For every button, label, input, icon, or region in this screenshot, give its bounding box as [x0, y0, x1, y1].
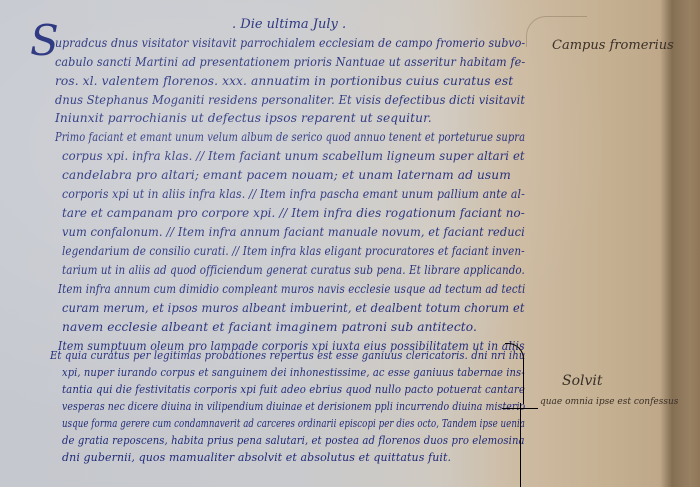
text-line: Primo faciant et emant unum velum album …	[55, 130, 525, 144]
text-line: Iniunxit parrochianis ut defectus ipsos …	[55, 111, 432, 125]
text-line: vum confalonum. // Item infra annum faci…	[62, 225, 525, 239]
margin-note-confession: quae omnia ipse est confessus	[540, 397, 678, 407]
text-line: de gratia reposcens, habita prius pena s…	[62, 434, 525, 447]
text-line: navem ecclesie albeant et faciant imagin…	[62, 320, 477, 334]
text-line: legendarium de consilio curati. // Item …	[62, 244, 525, 258]
text-line: Et quia curatus per legitimas probatione…	[50, 349, 525, 362]
text-line: upradcus dnus visitator visitavit parroc…	[55, 36, 525, 50]
text-line: xpi, nuper iurando corpus et sanguinem d…	[62, 366, 525, 379]
text-line: corpus xpi. infra klas. // Item faciant …	[62, 149, 525, 163]
text-line: ros. xl. valentem florenos. xxx. annuati…	[55, 74, 513, 88]
manuscript-page: . Die ultima July . S upradcus dnus visi…	[0, 0, 700, 487]
text-line: corporis xpi ut in aliis infra klas. // …	[62, 187, 525, 201]
text-line: usque forma gerere cum condamnaverit ad …	[62, 417, 525, 430]
pencil-line	[520, 403, 522, 487]
margin-note-solvit: Solvit	[562, 373, 603, 389]
text-line: dni gubernii, quos mamualiter absolvit e…	[62, 451, 451, 464]
text-line: curam merum, et ipsos muros albeant imbu…	[62, 301, 525, 315]
text-line: Item infra annum cum dimidio compleant m…	[58, 282, 525, 296]
pencil-line	[502, 408, 538, 410]
text-line: tarium ut in aliis ad quod officiendum g…	[62, 263, 525, 277]
text-line: vesperas nec dicere diuina in vilipendiu…	[62, 400, 525, 413]
text-line: dnus Stephanus Moganiti residens persona…	[55, 93, 525, 107]
date-heading: . Die ultima July .	[232, 17, 346, 32]
text-line: tare et campanam pro corpore xpi. // Ite…	[62, 206, 525, 220]
text-line: tantia qui die festivitatis corporis xpi…	[62, 383, 525, 396]
text-line: cabulo sancti Martini ad presentationem …	[55, 55, 525, 69]
text-line: candelabra pro altari; emant pacem nouam…	[62, 168, 511, 182]
pencil-bracket	[505, 343, 524, 404]
pencil-bracket	[526, 16, 587, 47]
